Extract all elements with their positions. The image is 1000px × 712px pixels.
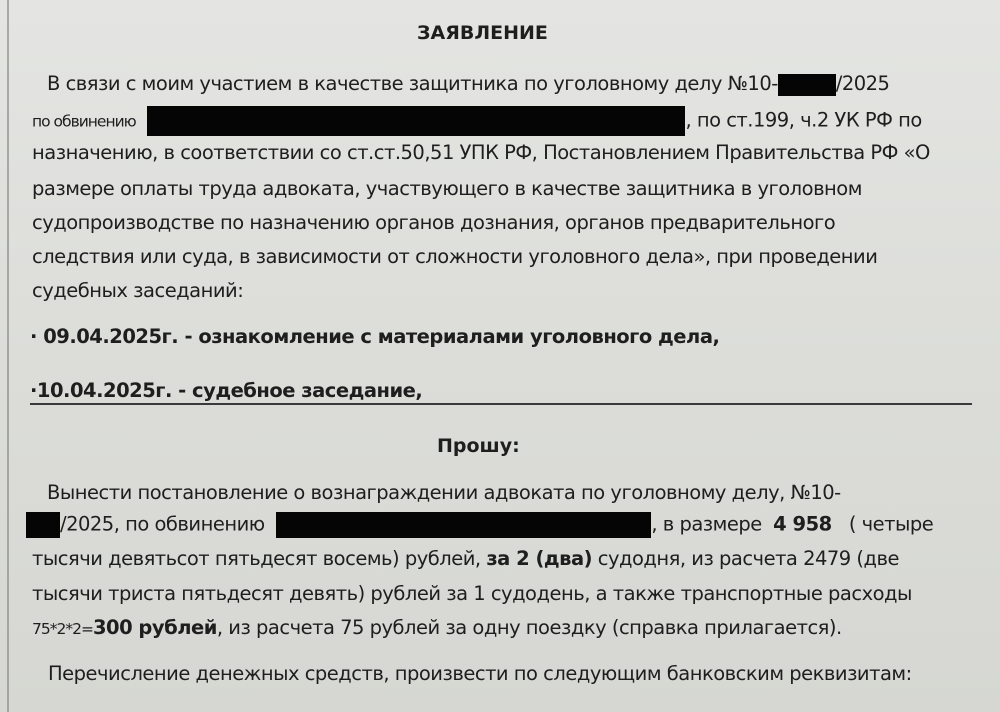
intro-line-6: следствия или суда, в зависимости от сло… bbox=[32, 245, 877, 268]
bank-details-line: Перечисление денежных средств, произвест… bbox=[48, 662, 912, 685]
transport-text: , из расчета 75 рублей за одну поездку (… bbox=[217, 616, 842, 639]
day-rate-text: судодня, из расчета 2479 (две bbox=[598, 547, 899, 570]
redacted-defendant-name bbox=[147, 106, 685, 136]
court-days: за 2 (два) bbox=[486, 547, 592, 570]
request-size-label: , в размере bbox=[651, 513, 761, 536]
transport-amount: 300 рублей bbox=[93, 616, 217, 639]
transport-formula: 75*2*2= bbox=[32, 620, 93, 638]
session-date: · 09.04.2025г. - bbox=[30, 325, 198, 348]
document-title: ЗАЯВЛЕНИЕ bbox=[417, 22, 548, 44]
article-text: , по ст.199, ч.2 УК РФ по bbox=[685, 109, 921, 132]
redacted-case-number bbox=[778, 74, 836, 96]
request-heading: Прошу: bbox=[437, 435, 520, 457]
session-description: ознакомление с материалами уголовного де… bbox=[198, 325, 719, 348]
amount-words: тысячи девятьсот пятьдесят восемь) рубле… bbox=[32, 547, 481, 570]
request-line-2: /2025, по обвинению , в размере 4 958 ( … bbox=[26, 512, 933, 538]
intro-line-2: по обвинению , по ст.199, ч.2 УК РФ по bbox=[32, 106, 922, 136]
session-description: судебное заседание, bbox=[192, 379, 422, 402]
intro-line-4: размере оплаты труда адвоката, участвующ… bbox=[32, 177, 862, 200]
request-line-4: тысячи триста пятьдесят девять) рублей з… bbox=[32, 582, 912, 605]
session-item: · 09.04.2025г. - ознакомление с материал… bbox=[30, 325, 719, 348]
divider-line bbox=[30, 403, 972, 405]
intro-line-3: назначению, в соответствии со ст.ст.50,5… bbox=[32, 141, 930, 164]
session-item: ·10.04.2025г. - судебное заседание, bbox=[30, 379, 422, 402]
intro-line-5: судопроизводстве по назначению органов д… bbox=[32, 211, 835, 234]
session-date: ·10.04.2025г. - bbox=[30, 379, 192, 402]
paper-edge bbox=[7, 0, 9, 712]
redacted-case-number bbox=[26, 512, 60, 538]
intro-line-7: судебных заседаний: bbox=[32, 279, 243, 302]
request-accusation: /2025, по обвинению bbox=[60, 513, 265, 536]
intro-year: /2025 bbox=[836, 72, 890, 95]
redacted-defendant-name bbox=[276, 512, 651, 538]
request-line-1: Вынести постановление о вознаграждении а… bbox=[47, 481, 841, 504]
accusation-label: по обвинению bbox=[32, 113, 136, 131]
intro-text: В связи с моим участием в качестве защит… bbox=[47, 72, 778, 95]
request-line-5: 75*2*2=300 рублей, из расчета 75 рублей … bbox=[32, 616, 842, 639]
intro-line-1: В связи с моим участием в качестве защит… bbox=[47, 72, 889, 96]
amount-words-start: ( четыре bbox=[849, 513, 933, 536]
request-line-3: тысячи девятьсот пятьдесят восемь) рубле… bbox=[32, 547, 899, 570]
fee-amount: 4 958 bbox=[773, 513, 832, 536]
